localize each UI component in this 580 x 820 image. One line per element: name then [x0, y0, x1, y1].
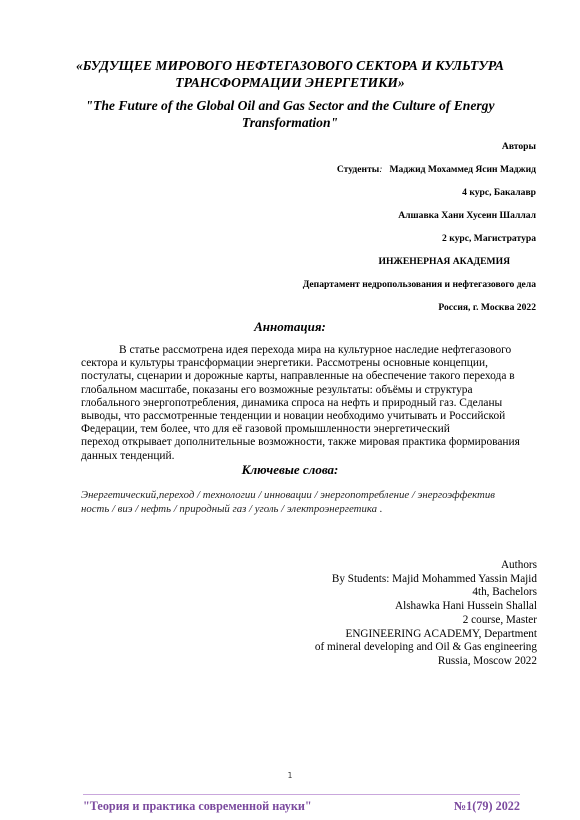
abstract-line: В статье рассмотрена идея перехода мира … [81, 344, 541, 357]
keywords-heading: Ключевые слова: [40, 462, 540, 478]
author-1-name-en: By Students: Majid Mohammed Yassin Majid [315, 573, 537, 587]
institution-en: ENGINEERING ACADEMY, Department [315, 628, 537, 642]
abstract-line: глобального энергопотребления, динамика … [81, 397, 541, 410]
department-en: of mineral developing and Oil & Gas engi… [315, 641, 537, 655]
location-ru: Россия, г. Москва 2022 [438, 302, 536, 314]
abstract-line: переход открывает дополнительные возможн… [81, 436, 541, 449]
title-en-line-1: "The Future of the Global Oil and Gas Se… [40, 97, 540, 114]
title-en-line-2: Transformation" [40, 114, 540, 131]
abstract-line: постулаты, сценарии и дорожные карты, на… [81, 370, 541, 383]
title-english: "The Future of the Global Oil and Gas Se… [40, 97, 540, 131]
author-2-info-ru: 2 курс, Магистратура [442, 233, 536, 245]
title-russian: «БУДУЩЕЕ МИРОВОГО НЕФТЕГАЗОВОГО СЕКТОРА … [40, 57, 540, 91]
abstract-heading: Аннотация: [40, 319, 540, 335]
students-line-ru: Студенты:Маджид Мохаммед Ясин Маджид [337, 164, 536, 176]
keywords-line-1: Энергетический,переход / технологии / ин… [81, 489, 541, 503]
authors-heading-ru: Авторы [502, 141, 536, 153]
title-ru-line-1: «БУДУЩЕЕ МИРОВОГО НЕФТЕГАЗОВОГО СЕКТОРА … [40, 57, 540, 74]
footer-journal-title: "Теория и практика современной науки" [83, 799, 312, 814]
page-number: 1 [0, 771, 580, 780]
abstract-line: глобальном масштабе, показаны его возмож… [81, 384, 541, 397]
author-2-name-en: Alshawka Hani Hussein Shallal [315, 600, 537, 614]
author-1-name-ru: Маджид Мохаммед Ясин Маджид [389, 164, 536, 175]
abstract-body: В статье рассмотрена идея перехода мира … [81, 344, 541, 463]
title-ru-line-2: ТРАНСФОРМАЦИИ ЭНЕРГЕТИКИ» [40, 74, 540, 91]
department-ru: Департамент недропользования и нефтегазо… [303, 279, 536, 291]
author-1-info-ru: 4 курс, Бакалавр [462, 187, 536, 199]
keywords-body: Энергетический,переход / технологии / ин… [81, 489, 541, 516]
abstract-line: сектора и культуры трансформации энергет… [81, 357, 541, 370]
institution-ru: ИНЖЕНЕРНАЯ АКАДЕМИЯ [378, 256, 510, 268]
footer-issue: №1(79) 2022 [454, 799, 520, 814]
author-2-name-ru: Алшавка Хани Хусеин Шаллал [398, 210, 536, 222]
author-1-info-en: 4th, Bachelors [315, 586, 537, 600]
location-en: Russia, Moscow 2022 [315, 655, 537, 669]
abstract-line: Федерации, тем более, что для её газовой… [81, 423, 541, 436]
authors-english: Authors By Students: Majid Mohammed Yass… [315, 559, 537, 669]
students-label: Студенты [337, 164, 379, 175]
abstract-line: данных тенденций. [81, 450, 541, 463]
footer-divider [83, 794, 520, 795]
authors-heading-en: Authors [315, 559, 537, 573]
students-colon: : [379, 164, 382, 175]
abstract-line: выводы, что рассмотренные тенденции и но… [81, 410, 541, 423]
keywords-line-2: ность / виэ / нефть / природный газ / уг… [81, 503, 541, 517]
author-2-info-en: 2 course, Master [315, 614, 537, 628]
